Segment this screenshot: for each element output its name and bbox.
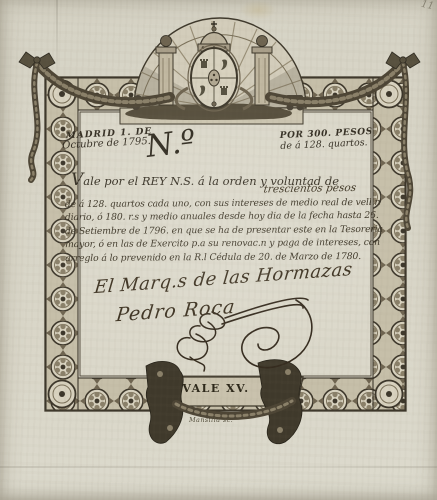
terms-paragraph: de á 128. quartos cada uno, con sus inte… (65, 196, 371, 265)
vale-real-document: MADRID 1. DE Octubre de 1795. N.º POR 30… (0, 0, 437, 500)
engraver-credit: Mansilla sc. (189, 416, 233, 424)
vale-denomination-label: VALE XV. (176, 382, 256, 395)
royal-shield-icon (188, 45, 240, 111)
serial-number-label: N.º (144, 123, 198, 165)
coat-of-arms-arch (120, 18, 306, 124)
amount-in-words: trescientos pesos (227, 182, 357, 196)
face-value-block: POR 300. PESOS de á 128. quartos. (280, 127, 374, 152)
